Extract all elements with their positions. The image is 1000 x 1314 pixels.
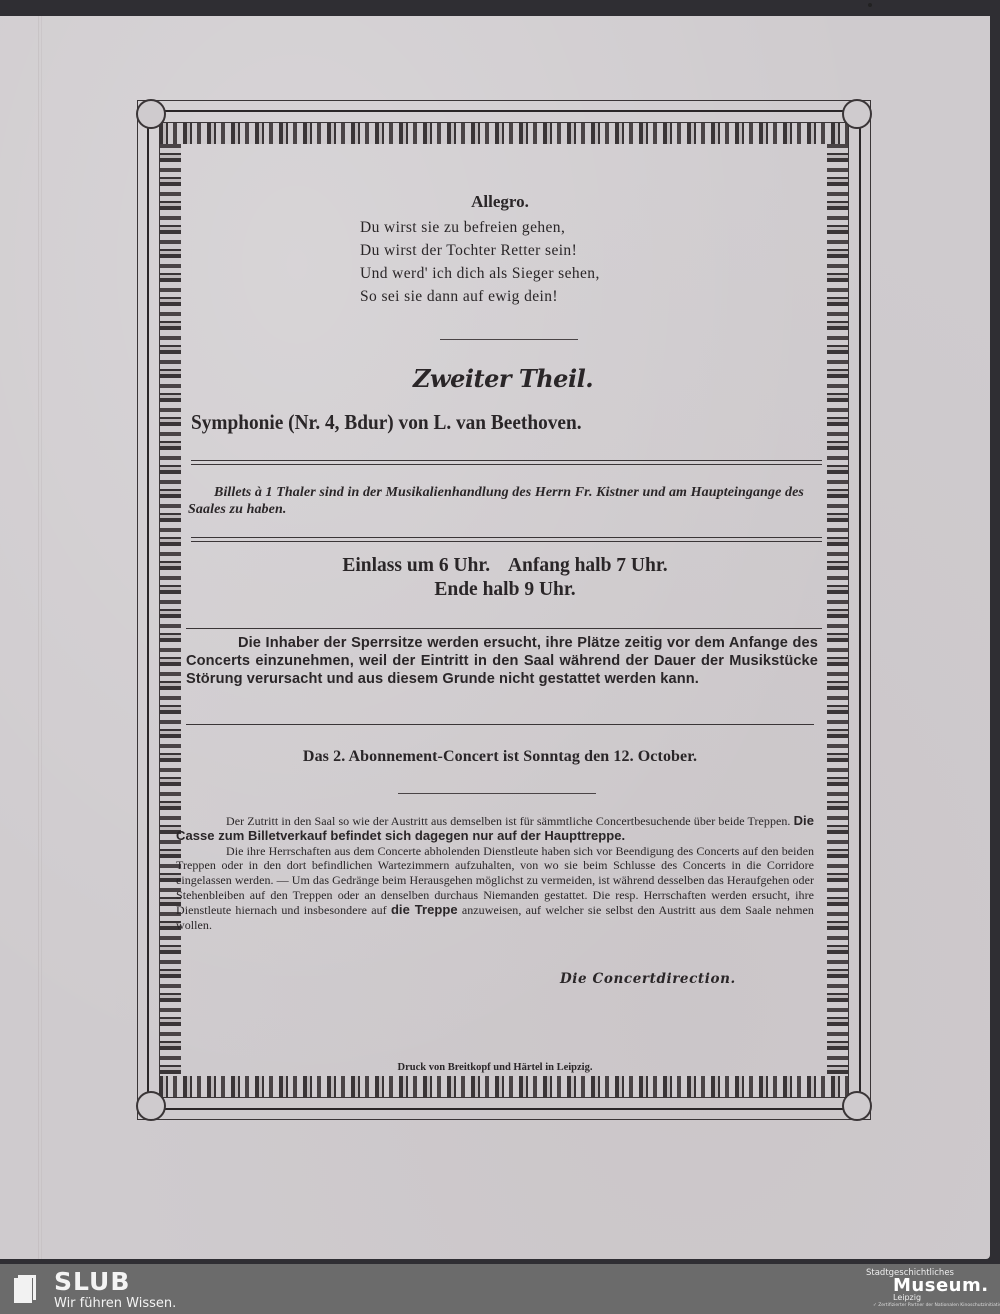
admission-time: Einlass um 6 Uhr. [342, 555, 490, 576]
tempo-heading: Allegro. [0, 192, 1000, 212]
double-rule-divider [191, 460, 822, 465]
poem-line: Du wirst der Tochter Retter sein! [360, 239, 600, 262]
section-divider [398, 793, 596, 794]
next-concert-notice: Das 2. Abonnement-Concert ist Sonntag de… [0, 748, 1000, 766]
ink-speck [868, 3, 872, 7]
stairs-emphasis: die Treppe [391, 902, 458, 917]
border-corner-ornament-bl [136, 1091, 166, 1121]
poem-line: Du wirst sie zu befreien gehen, [360, 216, 600, 239]
concert-times: Einlass um 6 Uhr. Anfang halb 7 Uhr. End… [0, 554, 1000, 602]
tickets-notice: Billets à 1 Thaler sind in der Musikalie… [188, 484, 822, 518]
part-heading: Zweiter Theil. [0, 364, 1000, 393]
end-time: Ende halb 9 Uhr. [0, 578, 1000, 602]
access-paragraph-2: Die ihre Herrschaften aus dem Concerte a… [176, 844, 814, 933]
rule-divider [186, 724, 814, 725]
slub-book-icon [14, 1275, 40, 1303]
rule-divider [186, 628, 822, 629]
signature: Die Concertdirection. [560, 971, 736, 987]
border-chain-right [859, 100, 861, 1120]
slub-brand: SLUB [54, 1267, 130, 1296]
symphony-line: Symphonie (Nr. 4, Bdur) von L. van Beeth… [191, 410, 582, 435]
reserved-seats-notice: Die Inhaber der Sperrsitze werden ersuch… [186, 634, 818, 688]
border-chain-bottom [137, 1108, 871, 1110]
border-corner-ornament-tl [136, 99, 166, 129]
border-corner-ornament-tr [842, 99, 872, 129]
border-chain-left [147, 100, 149, 1120]
slub-tagline: Wir führen Wissen. [54, 1296, 176, 1311]
poem-stanza: Du wirst sie zu befreien gehen, Du wirst… [360, 216, 600, 308]
access-notice: Der Zutritt in den Saal so wie der Austr… [176, 814, 814, 932]
museum-certification: ✓ Zertifizierter Partner der Nationalen … [873, 1303, 1000, 1308]
start-time: Anfang halb 7 Uhr. [508, 555, 668, 576]
poem-line: Und werd' ich dich als Sieger sehen, [360, 262, 600, 285]
section-divider [440, 339, 578, 340]
border-chain-top [137, 110, 871, 112]
poem-line: So sei sie dann auf ewig dein! [360, 285, 600, 308]
double-rule-divider [191, 537, 822, 542]
access-paragraph-1: Der Zutritt in den Saal so wie der Austr… [176, 814, 814, 844]
viewer-footer-bar: SLUB Wir führen Wissen. Stadtgeschichtli… [0, 1264, 1000, 1314]
museum-city: Leipzig [893, 1293, 921, 1302]
border-corner-ornament-br [842, 1091, 872, 1121]
printer-imprint: Druck von Breitkopf und Härtel in Leipzi… [0, 1062, 990, 1073]
